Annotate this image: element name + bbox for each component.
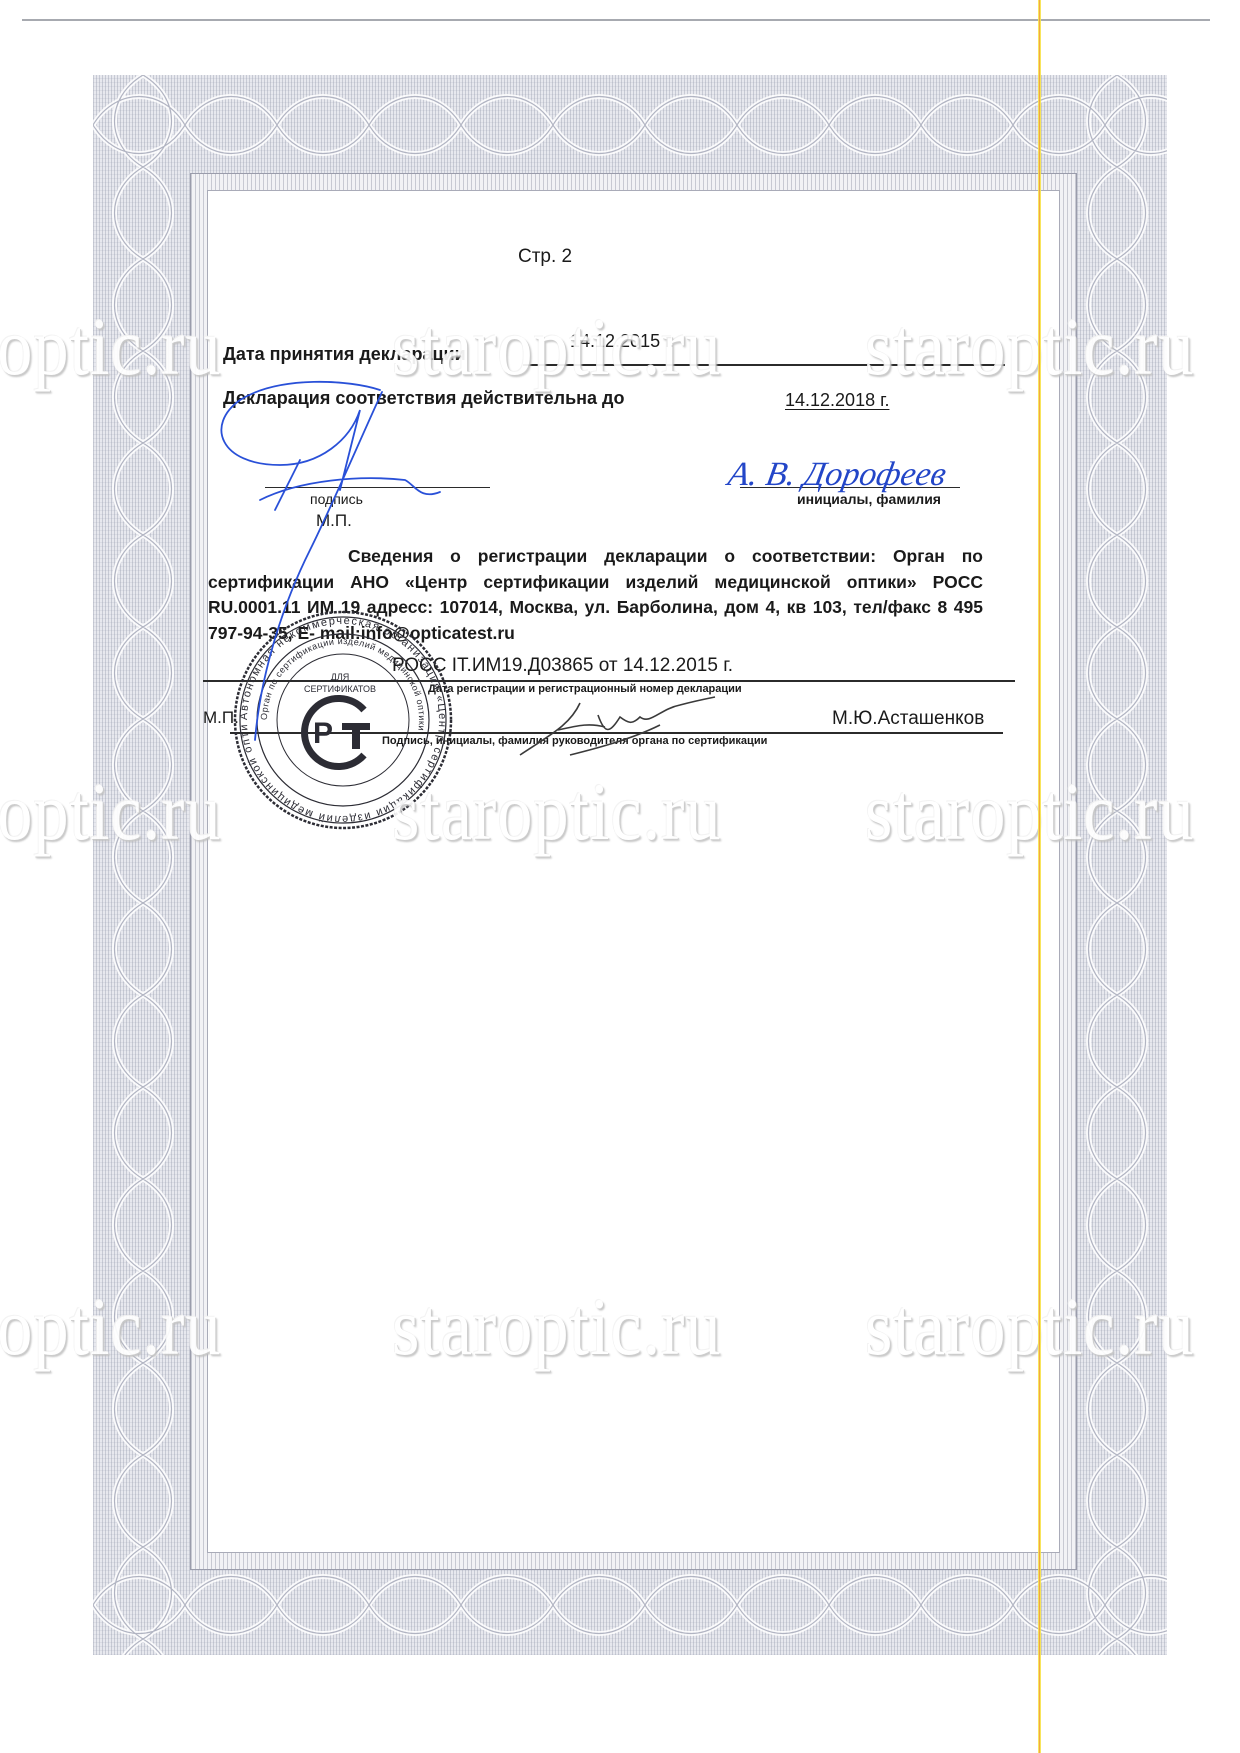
- scan-edge-line: [1038, 0, 1041, 1753]
- top-scan-rule: [22, 19, 1210, 21]
- watermark-text: staroptic.ru: [0, 765, 222, 859]
- head-name: М.Ю.Асташенков: [832, 708, 984, 730]
- svg-text:А. В. Дорофеев: А. В. Дорофеев: [723, 455, 949, 493]
- watermark-text: staroptic.ru: [392, 300, 722, 394]
- handwritten-name-signature: А. В. Дорофеев: [730, 455, 1010, 495]
- head-handwritten-signature: [510, 695, 720, 765]
- watermark-text: staroptic.ru: [392, 765, 722, 859]
- watermark-text: staroptic.ru: [865, 765, 1195, 859]
- watermark-text: staroptic.ru: [392, 1280, 722, 1374]
- blue-handwritten-signature: [200, 380, 500, 740]
- watermark-text: staroptic.ru: [865, 1280, 1195, 1374]
- page-number: Стр. 2: [518, 246, 572, 268]
- watermark-text: staroptic.ru: [865, 300, 1195, 394]
- watermark-text: staroptic.ru: [0, 300, 222, 394]
- watermark-text: staroptic.ru: [0, 1280, 222, 1374]
